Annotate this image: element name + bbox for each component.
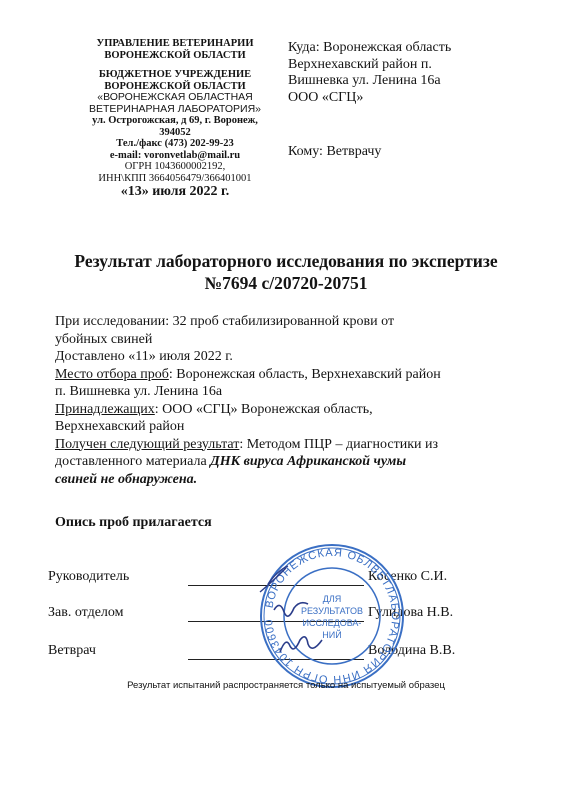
signature-role: Руководитель	[48, 569, 129, 585]
dept-line-2: ВОРОНЕЖСКОЙ ОБЛАСТИ	[62, 50, 288, 62]
document-title: Результат лабораторного исследования по …	[20, 250, 552, 294]
result-line-2: доставленного материала ДНК вируса Африк…	[55, 453, 505, 471]
org-line-4: ВЕТЕРИНАРНАЯ ЛАБОРАТОРИЯ»	[62, 104, 288, 116]
svg-text:НИЙ: НИЙ	[322, 629, 341, 640]
attachment-note: Опись проб прилагается	[55, 515, 212, 531]
signature-role: Зав. отделом	[48, 605, 124, 621]
dept-line-1: УПРАВЛЕНИЕ ВЕТЕРИНАРИИ	[62, 38, 288, 50]
title-line-2: №7694 с/20720-20751	[20, 272, 552, 294]
delivered-date: Доставлено «11» июля 2022 г.	[55, 348, 505, 366]
official-stamp-icon: ВОРОНЕЖСКАЯ ОБЛВЕТЛАБОРАТОРИЯ ИНН ОГРН 1…	[258, 542, 406, 690]
to-line-1: Куда: Воронежская область	[288, 40, 548, 57]
signature-role: Ветврач	[48, 643, 96, 659]
sampling-place: Место отбора проб: Воронежская область, …	[55, 366, 505, 384]
svg-text:ИССЛЕДОВА-: ИССЛЕДОВА-	[303, 618, 362, 628]
org-address: ул. Острогожская, д 69, г. Воронеж,	[62, 115, 288, 127]
issuer-header: УПРАВЛЕНИЕ ВЕТЕРИНАРИИ ВОРОНЕЖСКОЙ ОБЛАС…	[62, 38, 288, 198]
org-line-3: «ВОРОНЕЖСКАЯ ОБЛАСТНАЯ	[62, 92, 288, 104]
sampling-place-value: : Воронежская область, Верхнехавский рай…	[169, 367, 441, 382]
org-ogrn: ОГРН 1043600002192,	[62, 161, 288, 173]
recipient-block: Куда: Воронежская область Верхнехавский …	[288, 40, 548, 161]
issue-date: «13» июля 2022 г.	[62, 186, 288, 198]
title-line-1: Результат лабораторного исследования по …	[20, 250, 552, 272]
svg-text:ДЛЯ: ДЛЯ	[323, 594, 342, 604]
footer-disclaimer: Результат испытаний распространяется тол…	[0, 680, 572, 691]
org-email: e-mail: voronvetlab@mail.ru	[62, 150, 288, 162]
to-line-4: ООО «СГЦ»	[288, 90, 548, 107]
to-line-2: Верхнехавский район п.	[288, 57, 548, 74]
result-line-2-plain: доставленного материала	[55, 454, 210, 469]
sampling-place-line-2: п. Вишневка ул. Ленина 16а	[55, 383, 505, 401]
to-line-3: Вишневка ул. Ленина 16а	[288, 73, 548, 90]
result-line-3: свиней не обнаружена.	[55, 471, 505, 489]
sampling-place-label: Место отбора проб	[55, 367, 169, 382]
org-inn: ИНН\КПП 3664056479/366401001	[62, 173, 288, 185]
org-line-1: БЮДЖЕТНОЕ УЧРЕЖДЕНИЕ	[62, 69, 288, 81]
result-label: Получен следующий результат	[55, 437, 239, 452]
org-phone: Тел./факс (473) 202-99-23	[62, 138, 288, 150]
owner: Принадлежащих: ООО «СГЦ» Воронежская обл…	[55, 401, 505, 419]
recipient: Кому: Ветврачу	[288, 144, 548, 161]
org-postcode: 394052	[62, 127, 288, 139]
document-body: При исследовании: 32 проб стабилизирован…	[55, 313, 505, 488]
owner-value: : ООО «СГЦ» Воронежская область,	[155, 402, 373, 417]
result: Получен следующий результат: Методом ПЦР…	[55, 436, 505, 454]
svg-text:РЕЗУЛЬТАТОВ: РЕЗУЛЬТАТОВ	[301, 606, 363, 616]
owner-label: Принадлежащих	[55, 402, 155, 417]
study-line-2: убойных свиней	[55, 331, 505, 349]
owner-line-2: Верхнехавский район	[55, 418, 505, 436]
result-value: : Методом ПЦР – диагностики из	[239, 437, 438, 452]
study-line-1: При исследовании: 32 проб стабилизирован…	[55, 313, 505, 331]
result-line-2-bold: ДНК вируса Африканской чумы	[210, 454, 406, 469]
